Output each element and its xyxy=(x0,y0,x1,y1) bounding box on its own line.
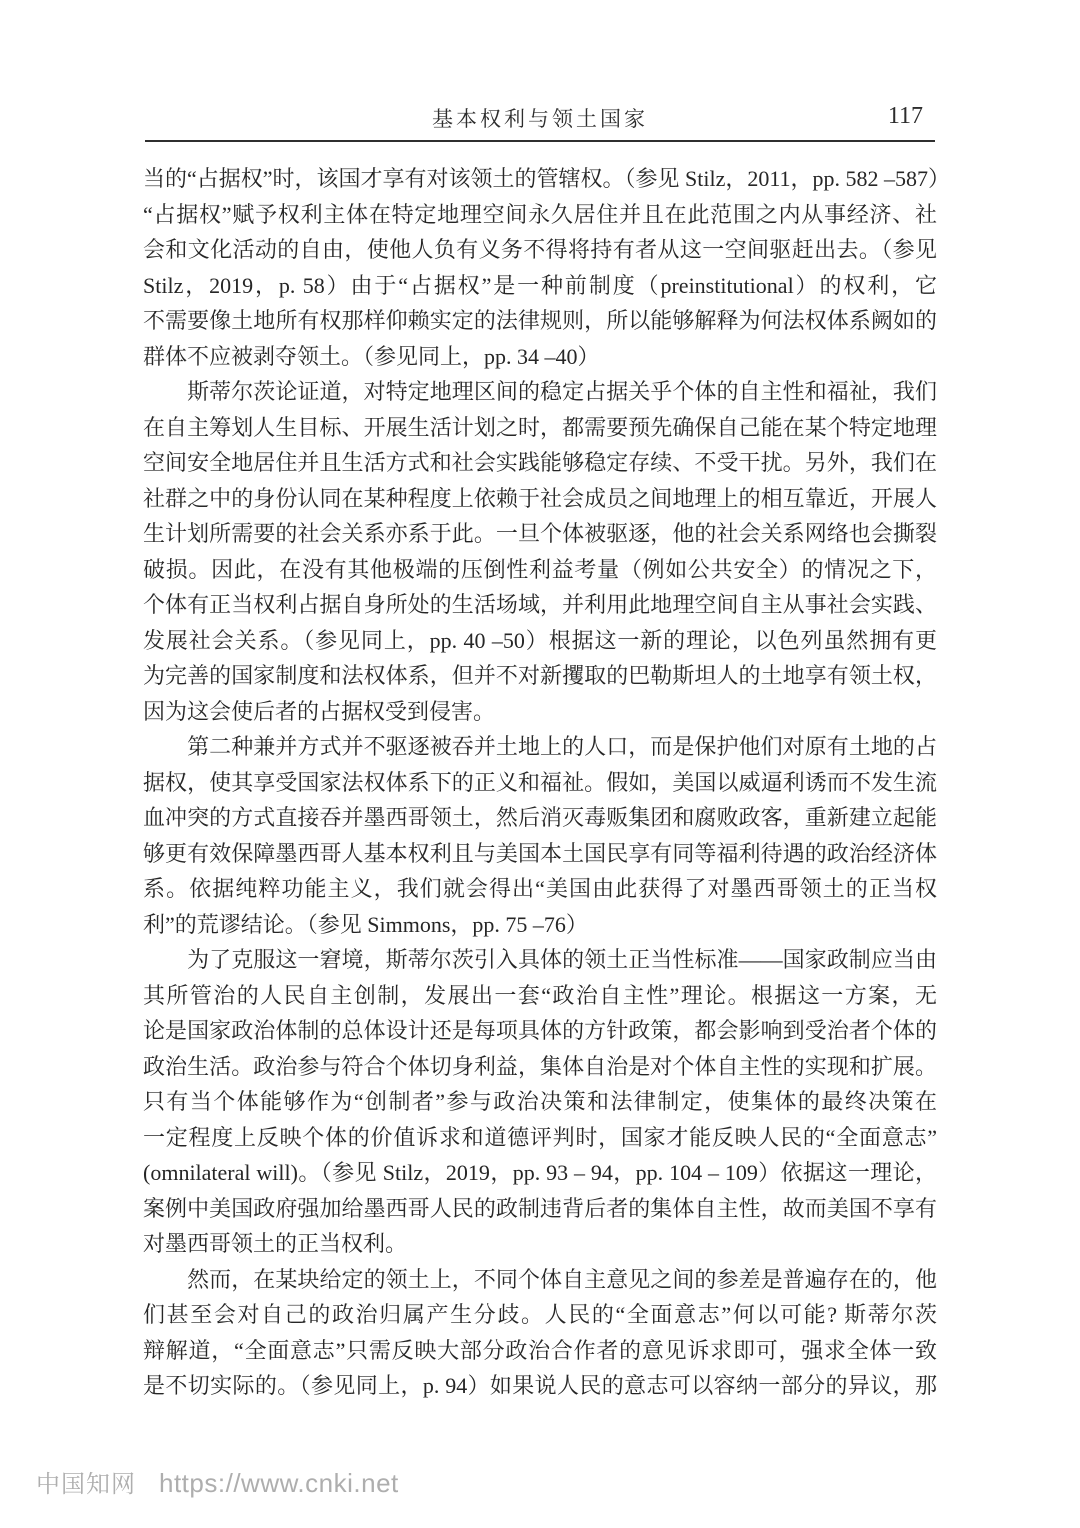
body-line: 政治生活。政治参与符合个体切身利益，集体自治是对个体自主性的实现和扩展。 xyxy=(143,1049,937,1085)
running-title: 基本权利与领土国家 xyxy=(143,103,937,133)
body-line: 够更有效保障墨西哥人基本权利且与美国本土国民享有同等福利待遇的政治经济体 xyxy=(143,836,937,872)
body-line: 群体不应被剥夺领土。（参见同上，pp. 34 –40） xyxy=(143,339,937,375)
body-line: 们甚至会对自己的政治归属产生分歧。人民的“全面意志”何以可能? 斯蒂尔茨 xyxy=(143,1297,937,1333)
cnki-brand: 中国知网 xyxy=(36,1464,136,1499)
body-line: 其所管治的人民自主创制，发展出一套“政治自主性”理论。根据这一方案，无 xyxy=(143,978,937,1014)
body-line: (omnilateral will)。（参见 Stilz，2019，pp. 93… xyxy=(143,1155,937,1191)
body-line: 对墨西哥领土的正当权利。 xyxy=(143,1226,937,1262)
body-line: 只有当个体能够作为“创制者”参与政治决策和法律制定，使集体的最终决策在 xyxy=(143,1084,937,1120)
body-line: 个体有正当权利占据自身所处的生活场域，并利用此地理空间自主从事社会实践、 xyxy=(143,587,937,623)
body-line: 据权，使其享受国家法权体系下的正义和福祉。假如，美国以威逼利诱而不发生流 xyxy=(143,765,937,801)
body-line: 辩解道，“全面意志”只需反映大部分政治合作者的意见诉求即可，强求全体一致 xyxy=(143,1333,937,1369)
body-line: 血冲突的方式直接吞并墨西哥领土，然后消灭毒贩集团和腐败政客，重新建立起能 xyxy=(143,800,937,836)
body-line: “占据权”赋予权利主体在特定地理空间永久居住并且在此范围之内从事经济、社 xyxy=(143,197,937,233)
body-line: 在自主筹划人生目标、开展生活计划之时，都需要预先确保自己能在某个特定地理 xyxy=(143,410,937,446)
page-header: 基本权利与领土国家 117 xyxy=(143,103,937,137)
body-line: 第二种兼并方式并不驱逐被吞并土地上的人口，而是保护他们对原有土地的占 xyxy=(143,729,937,765)
body-line: 为完善的国家制度和法权体系，但并不对新攫取的巴勒斯坦人的土地享有领土权， xyxy=(143,658,937,694)
header-divider xyxy=(145,140,935,142)
body-line: 因为这会使后者的占据权受到侵害。 xyxy=(143,694,937,730)
body-line: 论是国家政治体制的总体设计还是每项具体的方针政策，都会影响到受治者个体的 xyxy=(143,1013,937,1049)
paper-page: 基本权利与领土国家 117 当的“占据权”时，该国才享有对该领土的管辖权。（参见… xyxy=(0,0,1080,1528)
body-line: 一定程度上反映个体的价值诉求和道德评判时，国家才能反映人民的“全面意志” xyxy=(143,1120,937,1156)
body-line: 不需要像土地所有权那样仰赖实定的法律规则，所以能够解释为何法权体系阙如的 xyxy=(143,303,937,339)
body-line: 案例中美国政府强加给墨西哥人民的政制违背后者的集体自主性，故而美国不享有 xyxy=(143,1191,937,1227)
body-line: 破损。因此，在没有其他极端的压倒性利益考量（例如公共安全）的情况之下， xyxy=(143,552,937,588)
body-line: 为了克服这一窘境，斯蒂尔茨引入具体的领土正当性标准——国家政制应当由 xyxy=(143,942,937,978)
body-line: 然而，在某块给定的领土上，不同个体自主意见之间的参差是普遍存在的，他 xyxy=(143,1262,937,1298)
body-line: 是不切实际的。（参见同上，p. 94）如果说人民的意志可以容纳一部分的异议，那 xyxy=(143,1368,937,1404)
body-line: 社群之中的身份认同在某种程度上依赖于社会成员之间地理上的相互靠近，开展人 xyxy=(143,481,937,517)
body-line: 系。依据纯粹功能主义，我们就会得出“美国由此获得了对墨西哥领土的正当权 xyxy=(143,871,937,907)
page-number: 117 xyxy=(888,103,923,130)
body-line: 生计划所需要的社会关系亦系于此。一旦个体被驱逐，他的社会关系网络也会撕裂 xyxy=(143,516,937,552)
body-line: Stilz，2019，p. 58）由于“占据权”是一种前制度（preinstit… xyxy=(143,268,937,304)
body-line: 发展社会关系。（参见同上，pp. 40 –50）根据这一新的理论，以色列虽然拥有… xyxy=(143,623,937,659)
cnki-url: https://www.cnki.net xyxy=(159,1468,399,1499)
body-text: 当的“占据权”时，该国才享有对该领土的管辖权。（参见 Stilz，2011，pp… xyxy=(143,161,937,1404)
body-line: 当的“占据权”时，该国才享有对该领土的管辖权。（参见 Stilz，2011，pp… xyxy=(143,161,937,197)
watermark-footer: 中国知网 https://www.cnki.net xyxy=(36,1464,399,1499)
body-line: 空间安全地居住并且生活方式和社会实践能够稳定存续、不受干扰。另外，我们在 xyxy=(143,445,937,481)
body-line: 利”的荒谬结论。（参见 Simmons，pp. 75 –76） xyxy=(143,907,937,943)
body-line: 斯蒂尔茨论证道，对特定地理区间的稳定占据关乎个体的自主性和福祉，我们 xyxy=(143,374,937,410)
body-line: 会和文化活动的自由，使他人负有义务不得将持有者从这一空间驱赶出去。（参见 xyxy=(143,232,937,268)
